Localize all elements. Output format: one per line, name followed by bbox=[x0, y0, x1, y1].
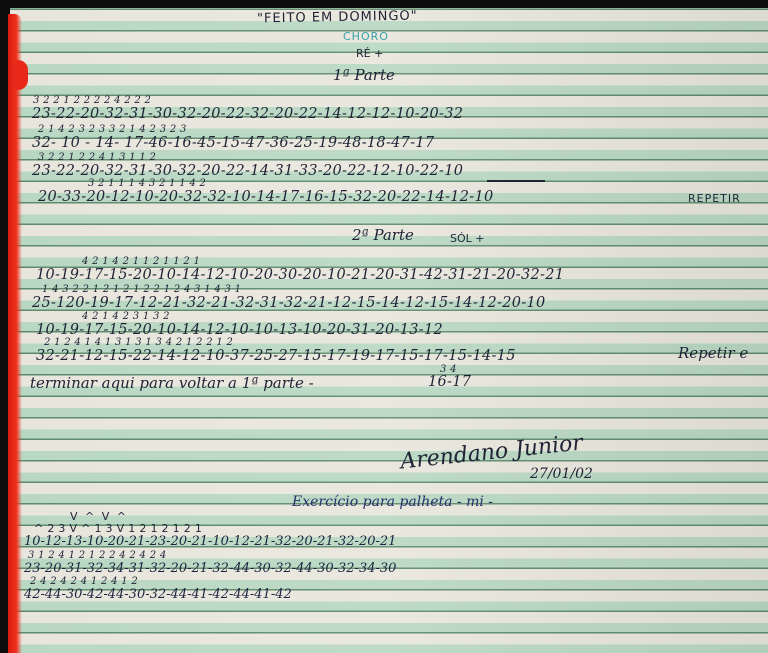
notes-row: 10-19-17-15-20-10-14-12-10-20-30-20-10-2… bbox=[36, 267, 564, 283]
fingering-row: 2 4 2 4 2 4 1 2 4 1 2 bbox=[30, 576, 138, 587]
part1-heading: 1ª Parte bbox=[333, 66, 395, 84]
red-binding-mark bbox=[14, 60, 28, 90]
fingering-row: 3 2 2 1 2 2 4 1 3 1 1 2 bbox=[38, 152, 156, 163]
fingering-row: 3 1 2 4 1 2 1 2 2 4 2 4 2 4 bbox=[28, 550, 167, 561]
part2-heading: 2ª Parte bbox=[352, 226, 414, 244]
notes-row: 10-19-17-15-20-10-14-12-10-10-13-10-20-3… bbox=[36, 322, 443, 338]
notes-row: 23-22-20-32-31-30-32-20-22-32-20-22-14-1… bbox=[32, 106, 463, 122]
fingering-row: 2 1 4 2 3 2 3 3 2 1 4 2 3 2 3 bbox=[38, 124, 187, 135]
notes-row: 23-20-31-32-34-31-32-20-21-32-44-30-32-4… bbox=[24, 561, 396, 576]
ending-instruction: terminar aqui para voltar a 1ª parte - bbox=[30, 374, 314, 392]
notes-row: 32-21-12-15-22-14-12-10-37-25-27-15-17-1… bbox=[36, 348, 516, 364]
notes-row: 16-17 bbox=[428, 374, 471, 390]
signature-date: 27/01/02 bbox=[530, 466, 593, 482]
notes-row: 25-120-19-17-12-21-32-21-32-31-32-21-12-… bbox=[32, 295, 546, 311]
fingering-row: 3 2 2 1 2 2 2 2 4 2 2 2 bbox=[33, 95, 151, 106]
genre-label: CHORO bbox=[343, 30, 389, 43]
notes-row: 10-12-13-10-20-21-23-20-21-10-12-21-32-2… bbox=[24, 534, 396, 549]
notes-row: 32- 10 - 14- 17-46-16-45-15-47-36-25-19-… bbox=[32, 135, 434, 151]
notes-row: 23-22-20-32-31-30-32-20-22-14-31-33-20-2… bbox=[32, 163, 463, 179]
red-binding-edge bbox=[8, 14, 22, 653]
fingering-row: 4 2 1 4 2 3 1 3 2 bbox=[82, 311, 170, 322]
repeat-instruction: REPETIR bbox=[688, 192, 741, 205]
part2-key-label: SÓL + bbox=[450, 232, 484, 245]
repeat-instruction: Repetir e bbox=[678, 344, 748, 362]
fingering-row: 2 1 2 4 1 4 1 3 1 3 1 3 4 2 1 2 2 1 2 bbox=[44, 337, 233, 348]
exercise-heading: Exercício para palheta - mi - bbox=[292, 494, 493, 510]
notes-row: 20-33-20-12-10-20-32-32-10-14-17-16-15-3… bbox=[38, 189, 494, 205]
key-label: RÉ + bbox=[356, 47, 383, 60]
fingering-row: 3 2 1 1 1 4 3 2 1 1 4 2 bbox=[88, 178, 206, 189]
emphasis-underline bbox=[487, 180, 545, 182]
song-title: "FEITO EM DOMINGO" bbox=[257, 9, 418, 27]
notes-row: 42-44-30-42-44-30-32-44-41-42-44-41-42 bbox=[24, 587, 292, 602]
fingering-row: 1 4 3 2 2 1 2 1 2 1 2 2 1 2 4 3 1 4 3 1 bbox=[42, 284, 241, 295]
fingering-row: 4 2 1 4 2 1 1 2 1 1 2 1 bbox=[82, 256, 200, 267]
